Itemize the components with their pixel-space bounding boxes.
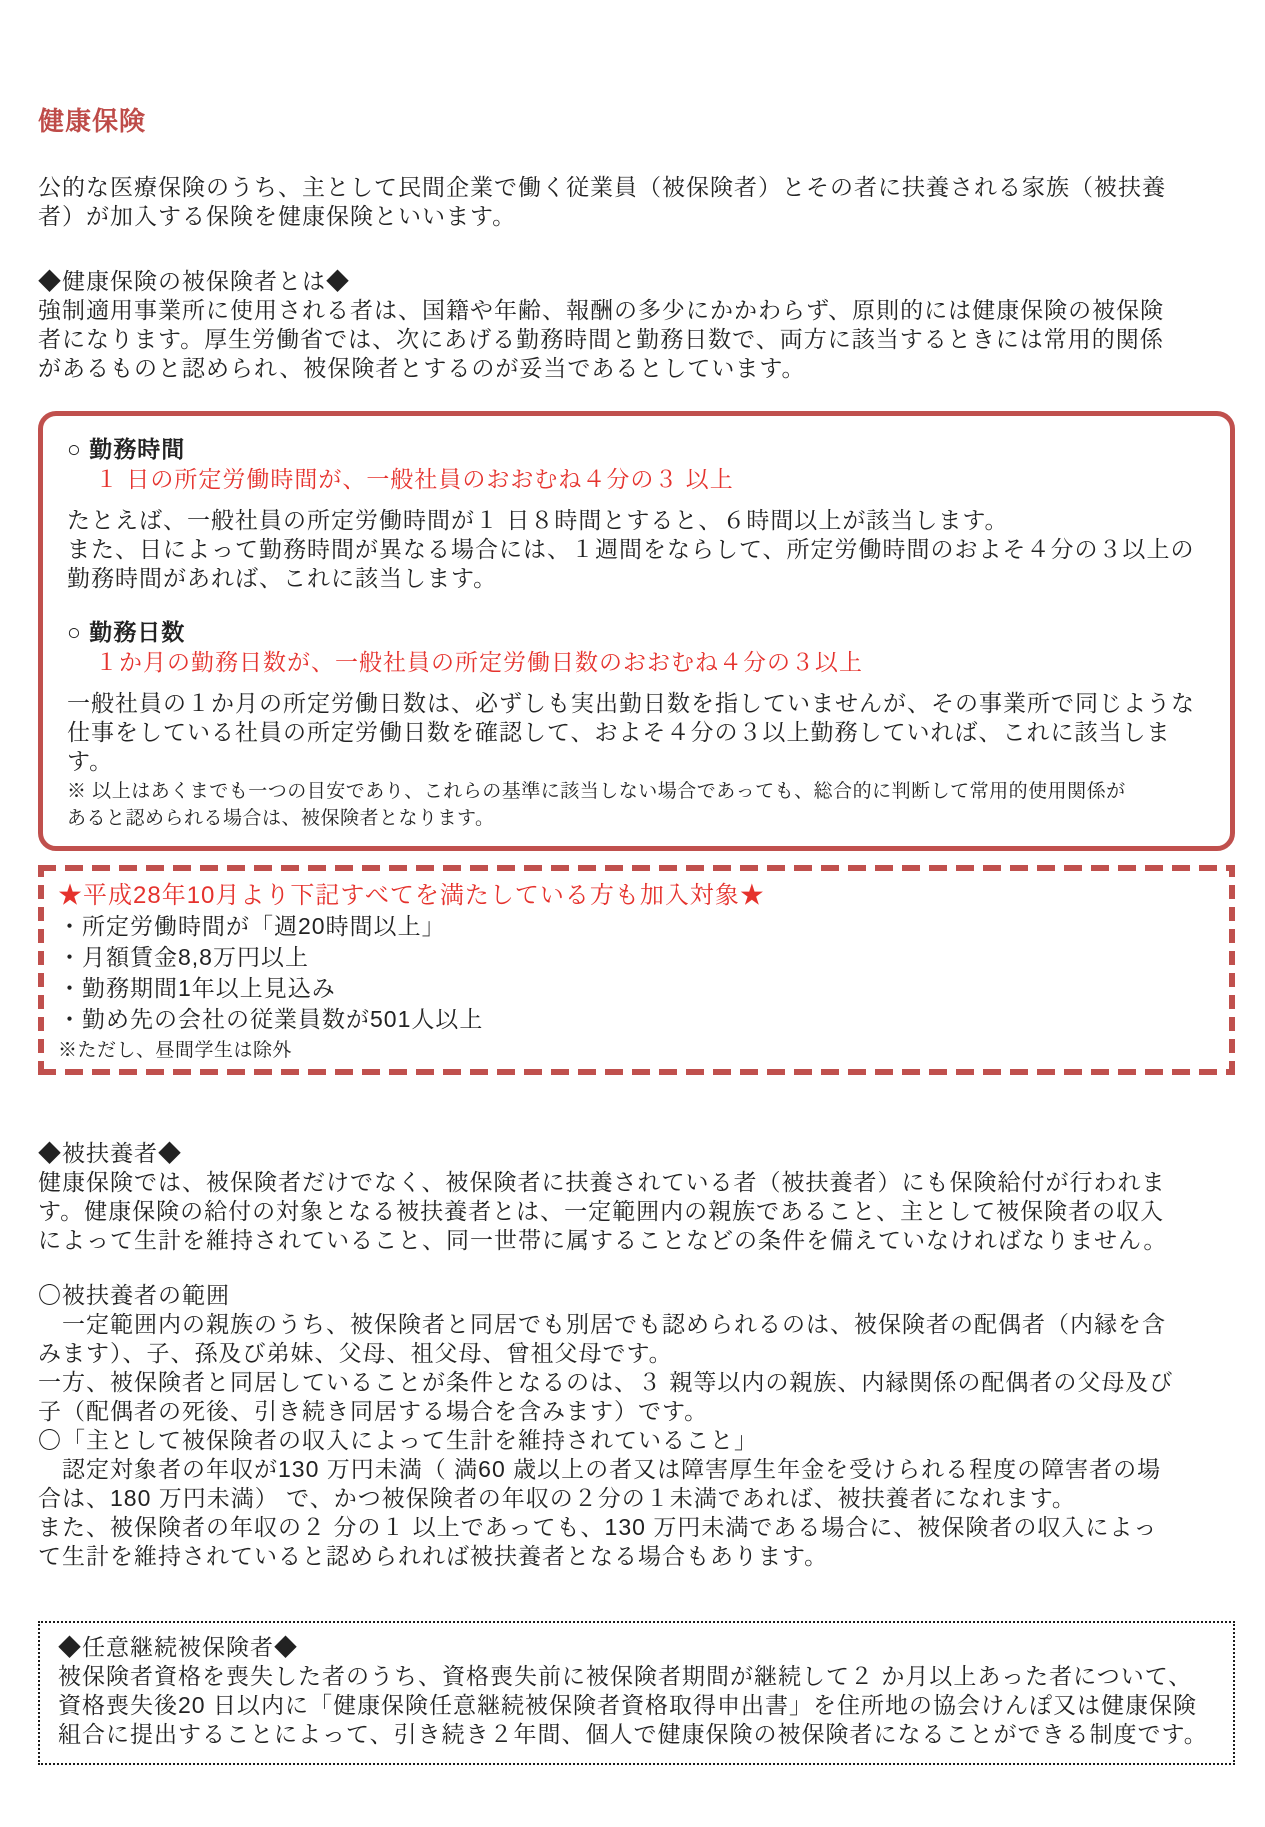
insured-section-heading: ◆健康保険の被保険者とは◆ <box>38 267 1235 296</box>
work-hours-label: 勤務時間 <box>89 436 185 462</box>
dependents-section-body: 健康保険では、被保険者だけでなく、被保険者に扶養されている者（被扶養者）にも保険… <box>38 1168 1235 1255</box>
voluntary-box-heading: ◆任意継続被保険者◆ <box>58 1633 1215 1662</box>
dependents-scope-heading: 〇被扶養者の範囲 <box>38 1281 1235 1310</box>
page-title: 健康保険 <box>38 0 1235 136</box>
insured-section-body: 強制適用事業所に使用される者は、国籍や年齢、報酬の多少にかかわらず、原則的には健… <box>38 296 1235 383</box>
circle-mark-icon: ○ <box>67 619 89 645</box>
document-page: 健康保険 公的な医療保険のうち、主として民間企業で働く従業員（被保険者）とその者… <box>0 0 1265 1827</box>
dependents-scope-section: 〇被扶養者の範囲 一定範囲内の親族のうち、被保険者と同居でも別居でも認められるの… <box>38 1281 1235 1571</box>
work-days-heading: ○ 勤務日数 <box>67 617 1206 647</box>
expansion-box-title: ★平成28年10月より下記すべてを満たしている方も加入対象★ <box>58 880 1215 911</box>
expansion-item: ・月額賃金8,8万円以上 <box>58 942 1215 973</box>
dependents-section: ◆被扶養者◆ 健康保険では、被保険者だけでなく、被保険者に扶養されている者（被扶… <box>38 1139 1235 1255</box>
expansion-item: ・所定労働時間が「週20時間以上」 <box>58 911 1215 942</box>
insured-section: ◆健康保険の被保険者とは◆ 強制適用事業所に使用される者は、国籍や年齢、報酬の多… <box>38 267 1235 383</box>
dependents-section-heading: ◆被扶養者◆ <box>38 1139 1235 1168</box>
work-hours-description: たとえば、一般社員の所定労働時間が１ 日８時間とすると、６時間以上が該当します。… <box>67 506 1206 593</box>
expansion-item: ・勤務期間1年以上見込み <box>58 973 1215 1004</box>
expansion-box: ★平成28年10月より下記すべてを満たしている方も加入対象★ ・所定労働時間が「… <box>38 865 1235 1075</box>
work-days-description: 一般社員の１か月の所定労働日数は、必ずしも実出勤日数を指していませんが、その事業… <box>67 689 1206 776</box>
criteria-box: ○ 勤務時間 １ 日の所定労働時間が、一般社員のおおむね４分の３ 以上 たとえば… <box>38 411 1235 851</box>
intro-paragraph: 公的な医療保険のうち、主として民間企業で働く従業員（被保険者）とその者に扶養され… <box>38 173 1235 231</box>
voluntary-continuation-box: ◆任意継続被保険者◆ 被保険者資格を喪失した者のうち、資格喪失前に被保険者期間が… <box>38 1621 1235 1765</box>
work-days-condition: １か月の勤務日数が、一般社員の所定労働日数のおおむね４分の３以上 <box>67 647 1206 677</box>
expansion-item: ・勤め先の会社の従業員数が501人以上 <box>58 1004 1215 1035</box>
criteria-box-note: ※ 以上はあくまでも一つの目安であり、これらの基準に該当しない場合であっても、総… <box>67 778 1206 832</box>
dependents-scope-body: 一定範囲内の親族のうち、被保険者と同居でも別居でも認められるのは、被保険者の配偶… <box>38 1310 1235 1571</box>
work-hours-condition: １ 日の所定労働時間が、一般社員のおおむね４分の３ 以上 <box>67 464 1206 494</box>
work-hours-heading: ○ 勤務時間 <box>67 434 1206 464</box>
work-days-label: 勤務日数 <box>89 619 185 645</box>
expansion-box-note: ※ただし、昼間学生は除外 <box>58 1037 1215 1065</box>
voluntary-box-body: 被保険者資格を喪失した者のうち、資格喪失前に被保険者期間が継続して２ か月以上あ… <box>58 1662 1215 1749</box>
circle-mark-icon: ○ <box>67 436 89 462</box>
